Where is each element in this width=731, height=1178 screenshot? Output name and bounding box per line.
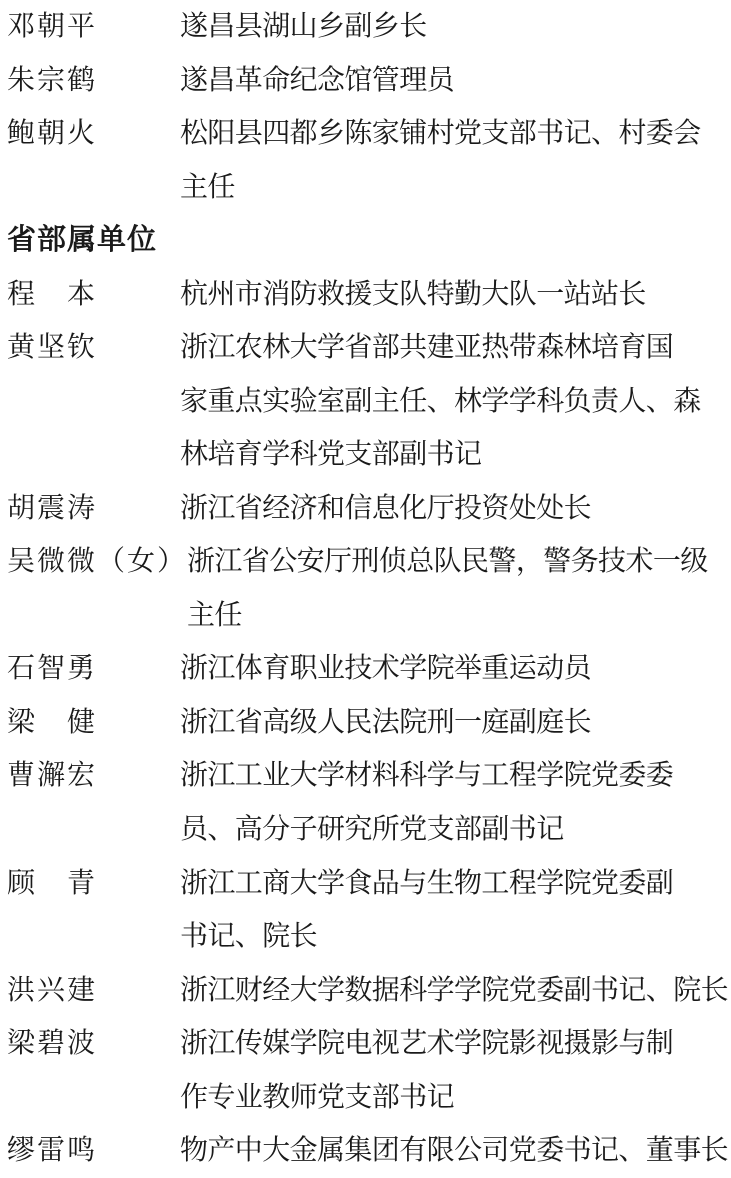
position-line: 主任 — [180, 161, 731, 215]
person-position: 浙江工商大学食品与生物工程学院党委副书记、院长 — [180, 857, 731, 964]
list-item: 黄坚钦 浙江农林大学省部共建亚热带森林培育国家重点实验室副主任、林学学科负责人、… — [0, 321, 731, 482]
person-position: 松阳县四都乡陈家铺村党支部书记、村委会主任 — [180, 107, 731, 214]
section-entries: 程 本 杭州市消防救援支队特勤大队一站站长 黄坚钦 浙江农林大学省部共建亚热带森… — [0, 268, 731, 1178]
position-line: 浙江体育职业技术学院举重运动员 — [180, 642, 731, 696]
person-name: 石智勇 — [0, 642, 180, 696]
list-item: 缪雷鸣 物产中大金属集团有限公司党委书记、董事长 — [0, 1124, 731, 1178]
person-name: 梁碧波 — [0, 1017, 180, 1071]
section-header: 省部属单位 — [0, 214, 731, 268]
person-position: 浙江传媒学院电视艺术学院影视摄影与制作专业教师党支部书记 — [180, 1017, 731, 1124]
position-line: 松阳县四都乡陈家铺村党支部书记、村委会 — [180, 107, 731, 161]
list-item: 顾 青 浙江工商大学食品与生物工程学院党委副书记、院长 — [0, 857, 731, 964]
position-line: 主任 — [187, 589, 731, 643]
person-position: 遂昌县湖山乡副乡长 — [180, 0, 731, 54]
position-line: 浙江省经济和信息化厅投资处处长 — [180, 482, 731, 536]
person-name: 缪雷鸣 — [0, 1124, 180, 1178]
section: 邓朝平 遂昌县湖山乡副乡长 朱宗鹤 遂昌革命纪念馆管理员 鲍朝火 松阳县四都乡陈… — [0, 0, 731, 214]
position-line: 遂昌革命纪念馆管理员 — [180, 54, 731, 108]
position-line: 浙江传媒学院电视艺术学院影视摄影与制 — [180, 1017, 731, 1071]
position-line: 浙江农林大学省部共建亚热带森林培育国 — [180, 321, 731, 375]
person-name: 洪兴建 — [0, 964, 180, 1018]
position-line: 员、高分子研究所党支部副书记 — [180, 803, 731, 857]
document-page: 邓朝平 遂昌县湖山乡副乡长 朱宗鹤 遂昌革命纪念馆管理员 鲍朝火 松阳县四都乡陈… — [0, 0, 731, 1178]
person-position: 遂昌革命纪念馆管理员 — [180, 54, 731, 108]
person-name: 胡震涛 — [0, 482, 180, 536]
position-line: 浙江财经大学数据科学学院党委副书记、院长 — [180, 964, 731, 1018]
person-name: 黄坚钦 — [0, 321, 180, 375]
person-name: 邓朝平 — [0, 0, 180, 54]
list-item: 朱宗鹤 遂昌革命纪念馆管理员 — [0, 54, 731, 108]
person-position: 物产中大金属集团有限公司党委书记、董事长 — [180, 1124, 731, 1178]
position-line: 林培育学科党支部副书记 — [180, 428, 731, 482]
person-position: 浙江财经大学数据科学学院党委副书记、院长 — [180, 964, 731, 1018]
list-item: 程 本 杭州市消防救援支队特勤大队一站站长 — [0, 268, 731, 322]
list-item: 胡震涛 浙江省经济和信息化厅投资处处长 — [0, 482, 731, 536]
position-line: 浙江工业大学材料科学与工程学院党委委 — [180, 749, 731, 803]
person-position: 浙江农林大学省部共建亚热带森林培育国家重点实验室副主任、林学学科负责人、森林培育… — [180, 321, 731, 482]
person-position: 浙江体育职业技术学院举重运动员 — [180, 642, 731, 696]
person-name: 鲍朝火 — [0, 107, 180, 161]
person-name: 吴微微（女） — [0, 535, 187, 589]
position-line: 家重点实验室副主任、林学学科负责人、森 — [180, 375, 731, 429]
section: 省部属单位 程 本 杭州市消防救援支队特勤大队一站站长 黄坚钦 浙江农林大学省部… — [0, 214, 731, 1178]
position-line: 浙江工商大学食品与生物工程学院党委副 — [180, 857, 731, 911]
person-position: 浙江省经济和信息化厅投资处处长 — [180, 482, 731, 536]
person-name: 曹澥宏 — [0, 749, 180, 803]
list-item: 鲍朝火 松阳县四都乡陈家铺村党支部书记、村委会主任 — [0, 107, 731, 214]
section-entries: 邓朝平 遂昌县湖山乡副乡长 朱宗鹤 遂昌革命纪念馆管理员 鲍朝火 松阳县四都乡陈… — [0, 0, 731, 214]
position-line: 遂昌县湖山乡副乡长 — [180, 0, 731, 54]
list-item: 石智勇 浙江体育职业技术学院举重运动员 — [0, 642, 731, 696]
position-line: 书记、院长 — [180, 910, 731, 964]
list-item: 洪兴建 浙江财经大学数据科学学院党委副书记、院长 — [0, 964, 731, 1018]
position-line: 杭州市消防救援支队特勤大队一站站长 — [180, 268, 731, 322]
person-name: 朱宗鹤 — [0, 54, 180, 108]
person-position: 浙江省公安厅刑侦总队民警，警务技术一级主任 — [187, 535, 731, 642]
person-position: 浙江工业大学材料科学与工程学院党委委员、高分子研究所党支部副书记 — [180, 749, 731, 856]
position-line: 物产中大金属集团有限公司党委书记、董事长 — [180, 1124, 731, 1178]
list-item: 梁 健 浙江省高级人民法院刑一庭副庭长 — [0, 696, 731, 750]
person-name: 梁 健 — [0, 696, 180, 750]
position-line: 浙江省高级人民法院刑一庭副庭长 — [180, 696, 731, 750]
person-position: 杭州市消防救援支队特勤大队一站站长 — [180, 268, 731, 322]
list-item: 邓朝平 遂昌县湖山乡副乡长 — [0, 0, 731, 54]
list-item: 梁碧波 浙江传媒学院电视艺术学院影视摄影与制作专业教师党支部书记 — [0, 1017, 731, 1124]
position-line: 作专业教师党支部书记 — [180, 1071, 731, 1125]
position-line: 浙江省公安厅刑侦总队民警，警务技术一级 — [187, 535, 731, 589]
person-name: 顾 青 — [0, 857, 180, 911]
person-position: 浙江省高级人民法院刑一庭副庭长 — [180, 696, 731, 750]
person-name: 程 本 — [0, 268, 180, 322]
list-item: 吴微微（女） 浙江省公安厅刑侦总队民警，警务技术一级主任 — [0, 535, 731, 642]
list-item: 曹澥宏 浙江工业大学材料科学与工程学院党委委员、高分子研究所党支部副书记 — [0, 749, 731, 856]
